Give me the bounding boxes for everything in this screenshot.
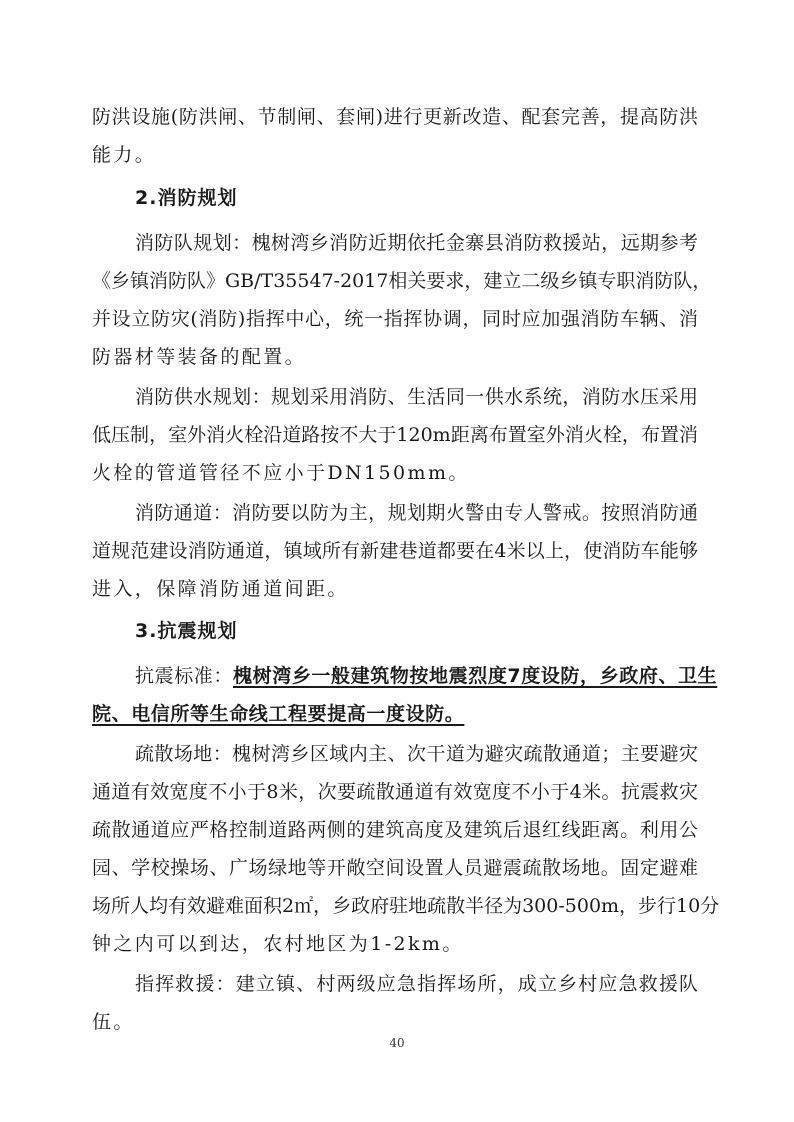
page-number: 40 (0, 1036, 794, 1050)
seismic-standard-label: 抗震标准： (135, 665, 233, 687)
section-heading-seismic-planning: 3.抗震规划 (135, 612, 237, 650)
paragraph-line: 通道有效宽度不小于8米，次要疏散通道有效宽度不小于4米。抗震救灾 (92, 773, 698, 811)
paragraph-line: 场所人均有效避难面积2㎡，乡政府驻地疏散半径为300-500m，步行10分 (92, 887, 698, 925)
paragraph-line: 道规范建设消防通道，镇域所有新建巷道都要在4米以上，使消防车能够 (92, 532, 698, 570)
seismic-standard-emphasis: 槐树湾乡一般建筑物按地震烈度7度设防，乡政府、卫生 (233, 665, 717, 687)
seismic-standard-line-2: 院、电信所等生命线工程要提高一度设防。 (92, 695, 698, 733)
seismic-standard-emphasis: 院、电信所等生命线工程要提高一度设防。 (92, 703, 464, 725)
paragraph-line: 消防供水规划：规划采用消防、生活同一供水系统，消防水压采用 (135, 378, 698, 416)
paragraph-line: 进入，保障消防通道间距。 (92, 570, 698, 608)
paragraph-line: 消防队规划：槐树湾乡消防近期依托金寨县消防救援站，远期参考 (135, 224, 698, 262)
paragraph-line: 能力。 (92, 136, 698, 174)
paragraph-line: 《乡镇消防队》GB/T35547-2017相关要求，建立二级乡镇专职消防队， (92, 262, 698, 300)
paragraph-line: 疏散场地：槐树湾乡区域内主、次干道为避灾疏散通道；主要避灾 (135, 735, 698, 773)
paragraph-line: 园、学校操场、广场绿地等开敞空间设置人员避震疏散场地。固定避难 (92, 849, 698, 887)
paragraph-line: 火栓的管道管径不应小于DN150mm。 (92, 454, 698, 492)
paragraph-line: 指挥救援：建立镇、村两级应急指挥场所，成立乡村应急救援队 (135, 965, 698, 1003)
paragraph-line: 消防通道：消防要以防为主，规划期火警由专人警戒。按照消防通 (135, 494, 698, 532)
paragraph-line: 并设立防灾(消防)指挥中心，统一指挥协调，同时应加强消防车辆、消 (92, 300, 698, 338)
paragraph-line: 防洪设施(防洪闸、节制闸、套闸)进行更新改造、配套完善，提高防洪 (92, 98, 698, 136)
paragraph-line: 疏散通道应严格控制道路两侧的建筑高度及建筑后退红线距离。利用公 (92, 811, 698, 849)
paragraph-line: 钟之内可以到达，农村地区为1-2km。 (92, 925, 698, 963)
seismic-standard-line-1: 抗震标准：槐树湾乡一般建筑物按地震烈度7度设防，乡政府、卫生 (135, 657, 698, 695)
paragraph-line: 低压制，室外消火栓沿道路按不大于120m距离布置室外消火栓，布置消 (92, 416, 698, 454)
paragraph-line: 防器材等装备的配置。 (92, 338, 698, 376)
section-heading-fire-planning: 2.消防规划 (135, 179, 237, 217)
